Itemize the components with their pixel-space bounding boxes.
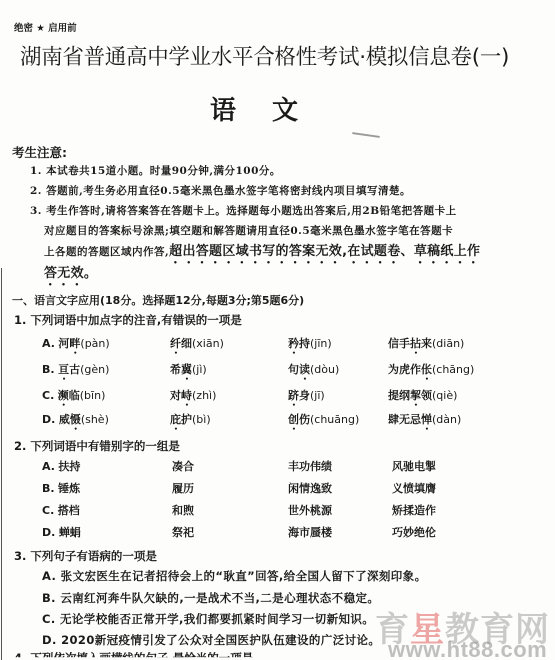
dotted-char: 冀: [181, 363, 192, 376]
q2-option-a-word-1: A. 扶持: [42, 458, 80, 474]
word: 世外桃源: [288, 504, 332, 517]
q1-option-b-item-2: 希冀(jì): [170, 361, 207, 383]
word: 闲情逸致: [288, 482, 332, 495]
notice-item-3-line-1: 3. 考生作答时,请将答案答在答题卡上。选择题每小题选出答案后,用2B铅笔把答题…: [30, 203, 457, 218]
option-label: B.: [42, 482, 55, 495]
word: 履历: [172, 482, 194, 495]
dotted-char: 纤: [170, 337, 181, 350]
word-part: 河: [58, 337, 69, 350]
question-2-stem: 2. 下列词语中有错别字的一组是: [14, 438, 180, 454]
notice-item-3-line-4: 答无效。: [44, 262, 97, 289]
page-edge-line: [1, 268, 2, 660]
q1-option-b-item-1: B. 亘古(gèn): [42, 361, 109, 383]
word-part: 为虎作: [388, 363, 421, 376]
word: 扶持: [58, 460, 80, 473]
dotted-char: 挈: [410, 389, 421, 402]
word: 风驰电掣: [392, 460, 436, 473]
q1-option-c-item-2: 对峙(zhì): [170, 387, 216, 409]
q1-option-a-item-3: 矜持(jīn): [288, 335, 332, 357]
question-3-option-a: A. 张文宏医生在记者招待会上的“耿直”回答,给全国人留下了深刻印象。: [42, 568, 426, 584]
section-heading: 一、语言文字应用(18分。选择题12分,每题3分;第5题6分): [12, 292, 304, 308]
pinyin: (pàn): [80, 337, 109, 350]
word-part: 身: [299, 389, 310, 402]
q2-option-c-word-2: 和煦: [172, 502, 194, 518]
pinyin: (diān): [432, 337, 464, 350]
question-3-option-c: C. 无论学校能否正常开学,我们都要抓紧时间学习一切新知识。: [42, 611, 374, 627]
option-label: C.: [42, 504, 54, 517]
option-label: A.: [42, 460, 55, 473]
option-label: D.: [42, 413, 55, 426]
dotted-char: 惮: [421, 413, 432, 426]
scan-mark: [352, 132, 380, 138]
notice-emphasis: 答无效: [44, 266, 84, 281]
pinyin: (qiè): [432, 389, 457, 402]
word-part: 护: [181, 413, 192, 426]
q1-option-a-item-2: 纤细(xiān): [170, 335, 224, 357]
notice-emphasis: 超出答题区域书写的答案无效: [169, 244, 342, 259]
question-3-option-b: B. 云南红河奔牛队欠缺的,一是战术不当,二是心理状态不稳定。: [42, 590, 379, 606]
word-part: 来: [421, 337, 432, 350]
word: 丰功伟绩: [288, 460, 332, 473]
word-part: 威: [59, 413, 70, 426]
word: 巧妙绝伦: [392, 526, 436, 539]
q2-option-a-word-2: 凑合: [172, 458, 194, 474]
confidential-label: 绝密 ★ 启用前: [14, 20, 77, 34]
dotted-char: 伥: [421, 363, 432, 376]
q1-option-d-item-2: 庇护(bì): [170, 411, 211, 433]
q2-option-c-word-3: 世外桃源: [288, 502, 332, 518]
word-part: 细: [181, 337, 192, 350]
q1-option-d-item-1: D. 威慑(shè): [42, 411, 109, 433]
word-part: 希: [170, 363, 181, 376]
notice-sep: 、: [401, 244, 414, 259]
q2-option-b-word-2: 履历: [172, 480, 194, 496]
word-part: 对: [170, 389, 181, 402]
q1-option-c-item-3: 跻身(jī): [288, 387, 325, 409]
exam-title: 湖南省普通高中学业水平合格性考试·模拟信息卷(一): [20, 40, 509, 71]
dotted-char: 畔: [69, 337, 80, 350]
word: 海市蜃楼: [288, 526, 332, 539]
pinyin: (xiān): [192, 337, 224, 350]
q1-option-b-item-3: 句读(dòu): [288, 361, 339, 383]
word: 义愤填膺: [392, 482, 436, 495]
q2-option-b-word-1: B. 锤炼: [42, 480, 80, 496]
dotted-char: 矜: [288, 337, 299, 350]
word: 和煦: [172, 504, 194, 517]
word: 凑合: [172, 460, 194, 473]
word: 祭祀: [172, 526, 194, 539]
question-3-stem: 3. 下列句子有语病的一项是: [14, 548, 157, 564]
dotted-char: 亘: [58, 363, 69, 376]
notice-item-1: 1. 本试卷共15道小题。时量90分钟,满分100分。: [30, 163, 281, 178]
q2-option-a-word-3: 丰功伟绩: [288, 458, 332, 474]
pinyin: (bīn): [80, 389, 106, 402]
notice-text: 上各题的答题区域内作答,: [44, 246, 169, 258]
q1-option-c-item-4: 提纲挈领(qiè): [388, 387, 457, 409]
pinyin: (jīn): [310, 337, 332, 350]
notice-emphasis: 在试题卷: [347, 244, 400, 259]
q2-option-d-word-1: D. 蝉蜎: [42, 524, 81, 540]
q1-option-a-item-1: A. 河畔(pàn): [42, 335, 110, 357]
word-part: 伤: [299, 413, 310, 426]
dotted-char: 峙: [181, 389, 192, 402]
option-label: D.: [42, 526, 55, 539]
word: 蝉蜎: [59, 526, 81, 539]
subject-title: 语文: [210, 90, 334, 127]
question-4-stem: 4. 下列依次填入画横线的句子,最恰当的一项是: [14, 650, 253, 660]
dotted-char: 跻: [288, 389, 299, 402]
dotted-char: 拈: [410, 337, 421, 350]
pinyin: (gèn): [80, 363, 109, 376]
word-part: 句: [288, 363, 299, 376]
notice-item-3-line-2: 对应题目的答案标号涂黑;填空题和解答题请用直径0.5毫米黑色墨水签字笔在答题卡: [44, 223, 453, 238]
q2-option-c-word-1: C. 搭档: [42, 502, 80, 518]
word: 锤炼: [58, 482, 80, 495]
word-part: 肆无忌: [388, 413, 421, 426]
question-3-option-d: D. 2020新冠疫情引发了公众对全国医护队伍建设的广泛讨论。: [42, 632, 380, 648]
dotted-char: 濒: [58, 389, 69, 402]
word-part: 领: [421, 389, 432, 402]
q1-option-b-item-4: 为虎作伥(chāng): [388, 361, 474, 383]
pinyin: (chuāng): [310, 413, 359, 426]
pinyin: (dòu): [310, 363, 339, 376]
q1-option-d-item-4: 肆无忌惮(dàn): [388, 411, 461, 433]
word: 矫揉造作: [392, 504, 436, 517]
notice-emphasis: 草稿纸上作: [414, 244, 481, 259]
dotted-char: 慑: [70, 413, 81, 426]
q2-option-c-word-4: 矫揉造作: [392, 502, 436, 518]
pinyin: (jì): [192, 363, 207, 376]
q2-option-b-word-3: 闲情逸致: [288, 480, 332, 496]
option-label: A.: [42, 337, 55, 350]
notice-item-2: 2. 答题前,考生务必用直径0.5毫米黑色墨水签字笔将密封线内项目填写清楚。: [30, 183, 411, 198]
q2-option-b-word-4: 义愤填膺: [392, 480, 436, 496]
q2-option-a-word-4: 风驰电掣: [392, 458, 436, 474]
q1-option-c-item-1: C. 濒临(bīn): [42, 387, 105, 409]
pinyin: (shè): [81, 413, 109, 426]
option-label: B.: [42, 363, 55, 376]
word-part: 古: [69, 363, 80, 376]
word-part: 提纲: [388, 389, 410, 402]
pinyin: (dàn): [432, 413, 461, 426]
notice-item-3-line-3: 上各题的答题区域内作答,超出答题区域书写的答案无效,在试题卷、草稿纸上作: [44, 240, 480, 267]
q2-option-d-word-2: 祭祀: [172, 524, 194, 540]
word-part: 信手: [388, 337, 410, 350]
pinyin: (jī): [310, 389, 325, 402]
word-part: 持: [299, 337, 310, 350]
q1-option-a-item-4: 信手拈来(diān): [388, 335, 464, 357]
q1-option-d-item-3: 创伤(chuāng): [288, 411, 359, 433]
q2-option-d-word-3: 海市蜃楼: [288, 524, 332, 540]
q2-option-d-word-4: 巧妙绝伦: [392, 524, 436, 540]
dotted-char: 创: [288, 413, 299, 426]
dotted-char: 庇: [170, 413, 181, 426]
word: 搭档: [58, 504, 80, 517]
option-label: C.: [42, 389, 54, 402]
word-part: 临: [69, 389, 80, 402]
notice-heading: 考生注意:: [12, 143, 67, 161]
dotted-char: 读: [299, 363, 310, 376]
question-1-stem: 1. 下列词语中加点字的注音,有错误的一项是: [14, 312, 242, 328]
pinyin: (chāng): [432, 363, 474, 376]
notice-sep: 。: [84, 266, 97, 281]
watermark-url: www.ht88.com: [388, 637, 547, 660]
pinyin: (zhì): [192, 389, 216, 402]
pinyin: (bì): [192, 413, 211, 426]
